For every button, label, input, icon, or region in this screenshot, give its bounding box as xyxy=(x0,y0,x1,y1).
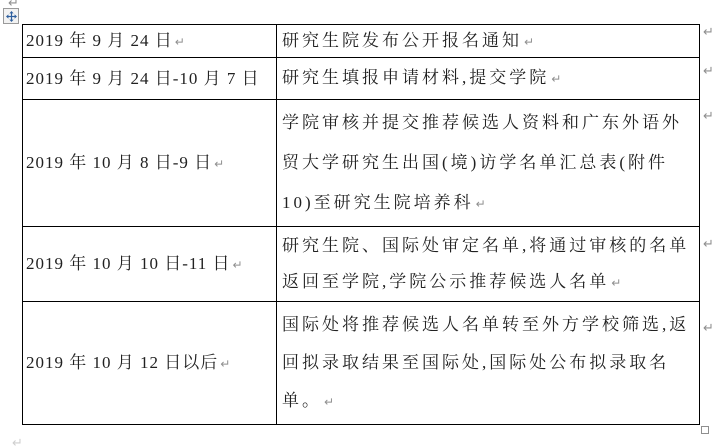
cell-end-mark-icon: ↵ xyxy=(551,72,561,86)
table-move-handle[interactable] xyxy=(3,8,19,24)
activity-text: 研究生院发布公开报名通知 xyxy=(282,31,522,50)
cell-end-mark-icon: ↵ xyxy=(611,276,621,290)
activity-text: 国际处将推荐候选人名单转至外方学校筛选,返 回拟录取结果至国际处,国际处公布拟录… xyxy=(282,315,689,410)
date-cell[interactable]: 2019 年 10 月 10 日-11 日↵ xyxy=(23,227,277,302)
activity-cell[interactable]: 研究生院发布公开报名通知↵ xyxy=(277,25,700,58)
cell-end-mark-icon: ↵ xyxy=(476,197,486,211)
row-end-mark-icon: ↵ xyxy=(703,322,714,335)
date-text: 2019 年 10 月 12 日以后 xyxy=(26,353,218,372)
cell-end-mark-icon: ↵ xyxy=(214,157,224,171)
row-end-mark-icon: ↵ xyxy=(703,26,714,39)
date-text: 2019 年 9 月 24 日-10 月 7 日 xyxy=(26,69,260,88)
cell-end-mark-icon: ↵ xyxy=(324,395,334,409)
cell-end-mark-icon: ↵ xyxy=(233,258,243,272)
table-row: 2019 年 9 月 24 日-10 月 7 日 研究生填报申请材料,提交学院↵ xyxy=(23,58,700,100)
activity-cell[interactable]: 国际处将推荐候选人名单转至外方学校筛选,返 回拟录取结果至国际处,国际处公布拟录… xyxy=(277,302,700,425)
cell-end-mark-icon: ↵ xyxy=(175,35,185,49)
date-cell[interactable]: 2019 年 10 月 8 日-9 日↵ xyxy=(23,100,277,227)
move-icon xyxy=(6,11,17,22)
row-end-mark-icon: ↵ xyxy=(703,65,714,78)
paragraph-mark-icon: ↵ xyxy=(12,437,23,448)
row-end-mark-icon: ↵ xyxy=(703,238,714,251)
date-text: 2019 年 10 月 8 日-9 日 xyxy=(26,153,212,172)
cell-end-mark-icon: ↵ xyxy=(220,357,230,371)
date-cell[interactable]: 2019 年 9 月 24 日-10 月 7 日 xyxy=(23,58,277,100)
table-row: 2019 年 9 月 24 日↵ 研究生院发布公开报名通知↵ xyxy=(23,25,700,58)
activity-cell[interactable]: 研究生院、国际处审定名单,将通过审核的名单 返回至学院,学院公示推荐候选人名单↵ xyxy=(277,227,700,302)
date-text: 2019 年 9 月 24 日 xyxy=(26,31,173,50)
activity-cell[interactable]: 学院审核并提交推荐候选人资料和广东外语外 贸大学研究生出国(境)访学名单汇总表(… xyxy=(277,100,700,227)
schedule-table: 2019 年 9 月 24 日↵ 研究生院发布公开报名通知↵ 2019 年 9 … xyxy=(22,24,700,425)
word-document-page: ↵ 2019 年 9 月 24 日↵ 研究生院发布公开报名通知↵ 2019 年 … xyxy=(0,0,719,448)
date-text: 2019 年 10 月 10 日-11 日 xyxy=(26,254,231,273)
row-end-mark-icon: ↵ xyxy=(703,110,714,123)
table-row: 2019 年 10 月 12 日以后↵ 国际处将推荐候选人名单转至外方学校筛选,… xyxy=(23,302,700,425)
date-cell[interactable]: 2019 年 10 月 12 日以后↵ xyxy=(23,302,277,425)
date-cell[interactable]: 2019 年 9 月 24 日↵ xyxy=(23,25,277,58)
activity-text: 研究生填报申请材料,提交学院 xyxy=(282,68,549,87)
table-row: 2019 年 10 月 10 日-11 日↵ 研究生院、国际处审定名单,将通过审… xyxy=(23,227,700,302)
activity-cell[interactable]: 研究生填报申请材料,提交学院↵ xyxy=(277,58,700,100)
cell-end-mark-icon: ↵ xyxy=(524,35,534,49)
table-resize-handle[interactable] xyxy=(701,426,709,434)
activity-text: 研究生院、国际处审定名单,将通过审核的名单 返回至学院,学院公示推荐候选人名单 xyxy=(282,236,689,291)
table-row: 2019 年 10 月 8 日-9 日↵ 学院审核并提交推荐候选人资料和广东外语… xyxy=(23,100,700,227)
